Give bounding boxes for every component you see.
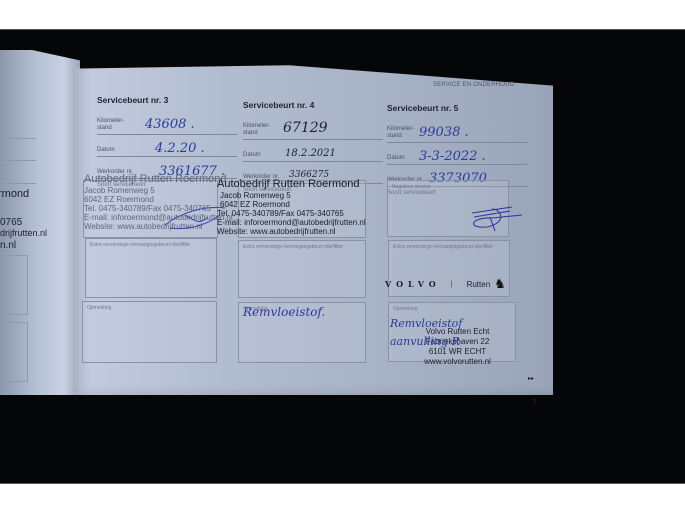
volvo-branding: VOLVO | Rutten ♞ [385,276,525,292]
field-line [0,138,36,139]
remark-handwriting-5: Remvloeistof aanvulling R [390,315,520,351]
moose-icon: ♞ [494,276,506,292]
remark-box-fragment [0,322,28,382]
field-line [0,183,36,184]
remark-handwriting: Remvloeistof. [243,305,325,319]
stamp-fragment-email: drijfrutten.nl [0,228,47,238]
extra-service-box-3: Extra verversings-/vervangingsbeurt olie… [85,238,217,298]
datum-value: 4.2.20 . [155,141,205,156]
service-title: Servicebeurt nr. 3 [97,95,237,105]
kilometerstand-field: Kilometer-stand 67129 [243,112,383,140]
next-page-icon: ▸▸ [528,375,534,382]
remark-box-4: Opmerking Remvloeistof. [238,302,366,363]
remark-box-3: Opmerking [82,301,217,363]
stamp-fragment-title: rmond [0,188,29,200]
signature-5 [462,203,532,235]
previous-page: rmond 0765 drijfrutten.nl n.nl [0,50,80,395]
service-title: Servicebeurt nr. 5 [387,103,527,113]
stamp-fragment-web: n.nl [0,240,16,251]
stamp-fragment-fax: 0765 [0,217,22,228]
kilometerstand-value: 67129 [283,120,328,136]
page-number: 7 [533,400,536,406]
signature-3 [160,203,230,233]
datum-field: Datum 18.2.2021 [243,142,383,162]
kilometerstand-field: Kilometer-stand 43608 . [97,107,237,135]
datum-value: 18.2.2021 [285,148,336,159]
kilometerstand-value: 43608 . [145,117,195,132]
datum-value: 3-3-2022 . [419,149,486,164]
kilometerstand-field: Kilometer-stand 99038 . [387,115,527,143]
extra-box-fragment [0,255,28,315]
field-line [0,160,36,161]
datum-field: Datum 4.2.20 . [97,137,237,157]
section-header: SERVICE EN ONDERHOUD [433,82,514,88]
kilometerstand-value: 99038 . [419,125,469,140]
datum-field: Datum 3-3-2022 . [387,145,527,165]
dealer-stamp-4: Autobedrijf Rutten Roermond Jacob Romenw… [217,178,366,237]
service-title: Servicebeurt nr. 4 [243,100,383,110]
photo-frame: rmond 0765 drijfrutten.nl n.nl SERVICE E… [0,29,685,484]
volvo-logo: VOLVO [385,279,441,289]
extra-service-box-4: Extra verversings-/vervangingsbeurt olie… [238,240,366,298]
